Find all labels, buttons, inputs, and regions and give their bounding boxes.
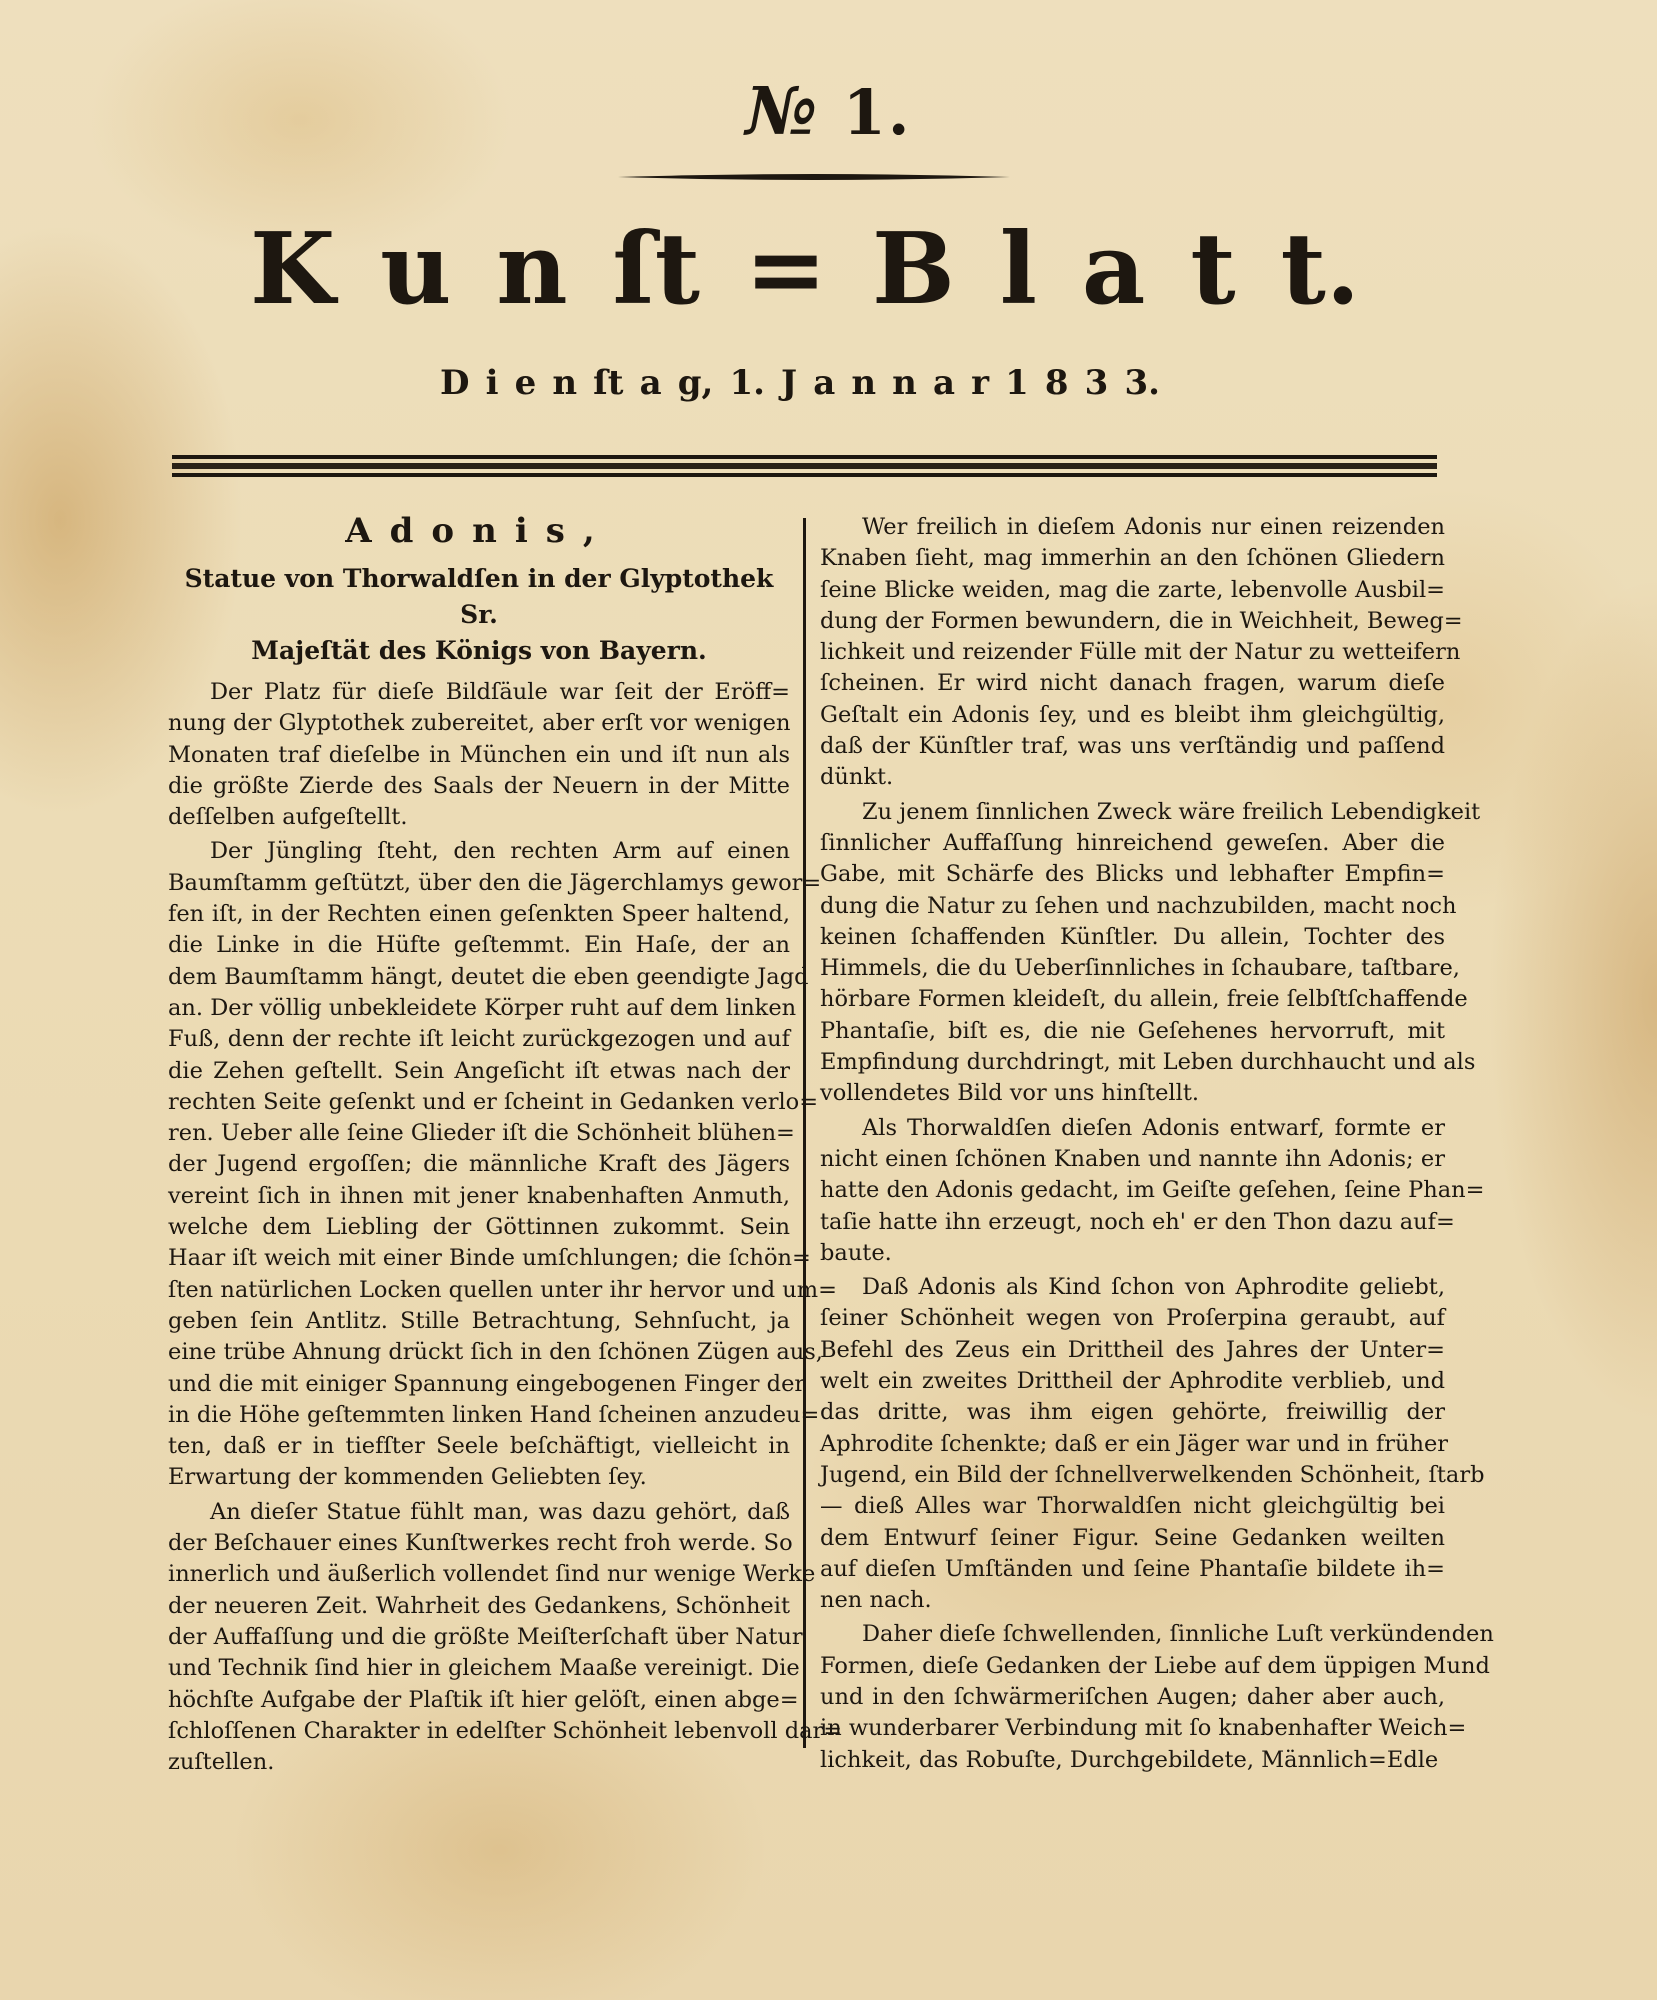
swell-rule-divider — [618, 172, 1010, 182]
text-line: die Zehen geſtellt. Sein Angeſicht iſt e… — [168, 1056, 790, 1087]
text-line: vereint ſich in ihnen mit jener knabenha… — [168, 1181, 790, 1212]
text-line: An dieſer Statue fühlt man, was dazu geh… — [168, 1497, 790, 1528]
subtitle-line: Statue von Thorwaldſen in der Glyptothek… — [168, 561, 790, 633]
paragraph: Der Jüngling ſteht, den rechten Arm auf … — [168, 836, 790, 1493]
text-line: — dieß Alles war Thorwaldſen nicht gleic… — [820, 1491, 1445, 1522]
numero-symbol: № — [745, 72, 819, 150]
text-line: hörbare Formen kleideſt, du allein, frei… — [820, 984, 1445, 1015]
dateline-glyph: r — [971, 363, 989, 403]
issue-number: № 1. — [0, 72, 1657, 150]
text-line: Phantaſie, biſt es, die nie Geſehenes he… — [820, 1016, 1445, 1047]
text-line: Baumſtamm geſtützt, über den die Jägerch… — [168, 868, 790, 899]
subtitle-line: Majeſtät des Königs von Bayern. — [168, 633, 790, 669]
dateline-glyph: e — [515, 363, 537, 403]
article-title: Adonis, — [168, 505, 790, 557]
text-line: nen nach. — [820, 1585, 1445, 1616]
text-line: und in den ſchwärmeriſchen Augen; daher … — [820, 1682, 1445, 1713]
text-line: Geſtalt ein Adonis ſey, und es bleibt ih… — [820, 700, 1445, 731]
text-line: lichkeit und reizender Fülle mit der Nat… — [820, 637, 1445, 668]
text-line: der Beſchauer eines Kunſtwerkes recht fr… — [168, 1528, 790, 1559]
masthead-letter: a — [1082, 221, 1146, 319]
text-line: keinen ſchaffenden Künſtler. Du allein, … — [820, 922, 1445, 953]
dateline-glyph: 1. — [729, 363, 765, 403]
dateline-glyph: 3 — [1085, 363, 1109, 403]
dateline-glyph: n — [851, 363, 876, 403]
text-line: hatte den Adonis gedacht, im Geiſte geſe… — [820, 1175, 1445, 1206]
text-line: Daß Adonis als Kind ſchon von Aphrodite … — [820, 1272, 1445, 1303]
text-line: der Auffaſſung und die größte Meiſterſch… — [168, 1622, 790, 1653]
masthead-letter: l — [1000, 221, 1037, 319]
text-line: dem Baumſtamm hängt, deutet die eben gee… — [168, 962, 790, 993]
text-line: Jugend, ein Bild der ſchnellverwelkenden… — [820, 1460, 1445, 1491]
text-line: Empfindung durchdringt, mit Leben durchh… — [820, 1047, 1445, 1078]
dateline-glyph: i — [486, 363, 499, 403]
text-line: dem Entwurf ſeiner Figur. Seine Gedanken… — [820, 1523, 1445, 1554]
paragraph: Als Thorwaldſen dieſen Adonis entwarf, f… — [820, 1113, 1445, 1269]
masthead-letter: ſt — [613, 221, 700, 319]
dateline-glyph: 1 — [1005, 363, 1029, 403]
text-line: Der Platz für dieſe Bildſäule war ſeit d… — [168, 677, 790, 708]
dateline-glyph: 3. — [1124, 363, 1160, 403]
text-line: ren. Ueber alle ſeine Glieder iſt die Sc… — [168, 1118, 790, 1149]
text-line: baute. — [820, 1238, 1445, 1269]
text-line: in die Höhe geſtemmten linken Hand ſchei… — [168, 1400, 790, 1431]
paragraph: An dieſer Statue fühlt man, was dazu geh… — [168, 1497, 790, 1779]
text-line: nicht einen ſchönen Knaben und nannte ih… — [820, 1144, 1445, 1175]
text-line: und die mit einiger Spannung eingebogene… — [168, 1369, 790, 1400]
text-line: die Linke in die Hüfte geſtemmt. Ein Haſ… — [168, 930, 790, 961]
text-line: vollendetes Bild vor uns hinſtellt. — [820, 1078, 1445, 1109]
masthead-letter: K — [250, 221, 335, 319]
text-line: deſſelben aufgeſtellt. — [168, 802, 790, 833]
paragraph: Daher dieſe ſchwellenden, ſinnliche Luſt… — [820, 1619, 1445, 1775]
text-line: welt ein zweites Drittheil der Aphrodite… — [820, 1366, 1445, 1397]
text-line: rechten Seite geſenkt und er ſcheint in … — [168, 1087, 790, 1118]
text-line: in wunderbarer Verbindung mit ſo knabenh… — [820, 1713, 1445, 1744]
masthead-letter: = — [745, 221, 827, 319]
text-line: ſeine Blicke weiden, mag die zarte, lebe… — [820, 575, 1445, 606]
text-line: Befehl des Zeus ein Drittheil des Jahres… — [820, 1335, 1445, 1366]
text-line: Daher dieſe ſchwellenden, ſinnliche Luſt… — [820, 1619, 1445, 1650]
text-line: ſinnlicher Auffaſſung hinreichend geweſe… — [820, 828, 1445, 859]
paragraph: Der Platz für dieſe Bildſäule war ſeit d… — [168, 677, 790, 833]
right-column: Wer freilich in dieſem Adonis nur einen … — [820, 512, 1445, 1779]
text-line: Der Jüngling ſteht, den rechten Arm auf … — [168, 836, 790, 867]
text-line: ſchloſſenen Charakter in edelſter Schönh… — [168, 1716, 790, 1747]
text-line: ſeiner Schönheit wegen von Proſerpina ge… — [820, 1303, 1445, 1334]
dateline-glyph: n — [892, 363, 917, 403]
paragraph: Daß Adonis als Kind ſchon von Aphrodite … — [820, 1272, 1445, 1616]
text-line: ſcheinen. Er wird nicht danach fragen, w… — [820, 668, 1445, 699]
masthead-letter: t — [1190, 221, 1235, 319]
text-line: dung der Formen bewundern, die in Weichh… — [820, 606, 1445, 637]
text-line: Als Thorwaldſen dieſen Adonis entwarf, f… — [820, 1113, 1445, 1144]
text-line: ſten natürlichen Locken quellen unter ih… — [168, 1275, 790, 1306]
text-line: Erwartung der kommenden Geliebten ſey. — [168, 1462, 790, 1493]
masthead-letter: u — [380, 221, 451, 319]
text-line: dünkt. — [820, 762, 1445, 793]
masthead-letter: n — [496, 221, 567, 319]
text-line: höchſte Aufgabe der Plaſtik iſt hier gel… — [168, 1685, 790, 1716]
left-column: Adonis, Statue von Thorwaldſen in der Gl… — [168, 505, 790, 1781]
masthead-letter: t. — [1281, 221, 1360, 319]
masthead-letter: B — [872, 221, 955, 319]
text-line: welche dem Liebling der Göttinnen zukomm… — [168, 1212, 790, 1243]
paragraph: Zu jenem ſinnlichen Zweck wäre freilich … — [820, 797, 1445, 1110]
text-line: innerlich und äußerlich vollendet ſind n… — [168, 1559, 790, 1590]
dateline-glyph: 8 — [1045, 363, 1069, 403]
text-line: Wer freilich in dieſem Adonis nur einen … — [820, 512, 1445, 543]
text-line: der Jugend ergoſſen; die männliche Kraft… — [168, 1149, 790, 1180]
text-line: an. Der völlig unbekleidete Körper ruht … — [168, 993, 790, 1024]
text-line: die größte Zierde des Saals der Neuern i… — [168, 771, 790, 802]
article-subtitle: Statue von Thorwaldſen in der Glyptothek… — [168, 561, 790, 669]
text-line: taſie hatte ihn erzeugt, noch eh' er den… — [820, 1207, 1445, 1238]
left-column-body: Der Platz für dieſe Bildſäule war ſeit d… — [168, 677, 790, 1778]
text-line: geben ſein Antlitz. Stille Betrachtung, … — [168, 1306, 790, 1337]
masthead-title: Kunſt=Blatt. — [250, 220, 1360, 320]
text-line: Fuß, denn der rechte iſt leicht zurückge… — [168, 1024, 790, 1055]
text-line: Monaten traf dieſelbe in München ein und… — [168, 740, 790, 771]
text-line: zuſtellen. — [168, 1747, 790, 1778]
dateline-glyph: g, — [678, 363, 714, 403]
text-line: ten, daß er in tiefſter Seele beſchäftig… — [168, 1431, 790, 1462]
text-line: fen iſt, in der Rechten einen geſenkten … — [168, 899, 790, 930]
text-line: Himmels, die du Ueberſinnliches in ſchau… — [820, 953, 1445, 984]
text-line: Formen, dieſe Gedanken der Liebe auf dem… — [820, 1651, 1445, 1682]
dateline-glyph: J — [781, 363, 797, 403]
dateline: Dienſtag,1.Jannar1833. — [440, 358, 1160, 408]
dateline-glyph: n — [552, 363, 577, 403]
text-line: eine trübe Ahnung drückt ſich in den ſch… — [168, 1337, 790, 1368]
text-line: Aphrodite ſchenkte; daß er ein Jäger war… — [820, 1429, 1445, 1460]
text-line: der neueren Zeit. Wahrheit des Gedankens… — [168, 1591, 790, 1622]
text-line: Zu jenem ſinnlichen Zweck wäre freilich … — [820, 797, 1445, 828]
text-line: Knaben ſieht, mag immerhin an den ſchöne… — [820, 543, 1445, 574]
text-line: lichkeit, das Robuſte, Durchgebildete, M… — [820, 1745, 1445, 1776]
right-column-body: Wer freilich in dieſem Adonis nur einen … — [820, 512, 1445, 1776]
text-line: auf dieſen Umſtänden und ſeine Phantaſie… — [820, 1554, 1445, 1585]
text-line: und Technik ſind hier in gleichem Maaße … — [168, 1653, 790, 1684]
dateline-glyph: D — [440, 363, 469, 403]
text-line: Haar iſt weich mit einer Binde umſchlung… — [168, 1243, 790, 1274]
dateline-glyph: a — [933, 363, 955, 403]
text-line: Gabe, mit Schärfe des Blicks und lebhaft… — [820, 859, 1445, 890]
dateline-glyph: a — [640, 363, 662, 403]
header-triple-rule — [172, 455, 1437, 477]
text-line: daß der Künſtler traf, was uns verſtändi… — [820, 731, 1445, 762]
text-line: dung die Natur zu ſehen und nachzubilden… — [820, 891, 1445, 922]
text-line: das dritte, was ihm eigen gehörte, freiw… — [820, 1397, 1445, 1428]
issue-number-value: 1. — [843, 76, 912, 149]
dateline-glyph: ſt — [593, 363, 623, 403]
paragraph: Wer freilich in dieſem Adonis nur einen … — [820, 512, 1445, 794]
text-line: nung der Glyptothek zubereitet, aber erſ… — [168, 708, 790, 739]
dateline-glyph: a — [813, 363, 835, 403]
